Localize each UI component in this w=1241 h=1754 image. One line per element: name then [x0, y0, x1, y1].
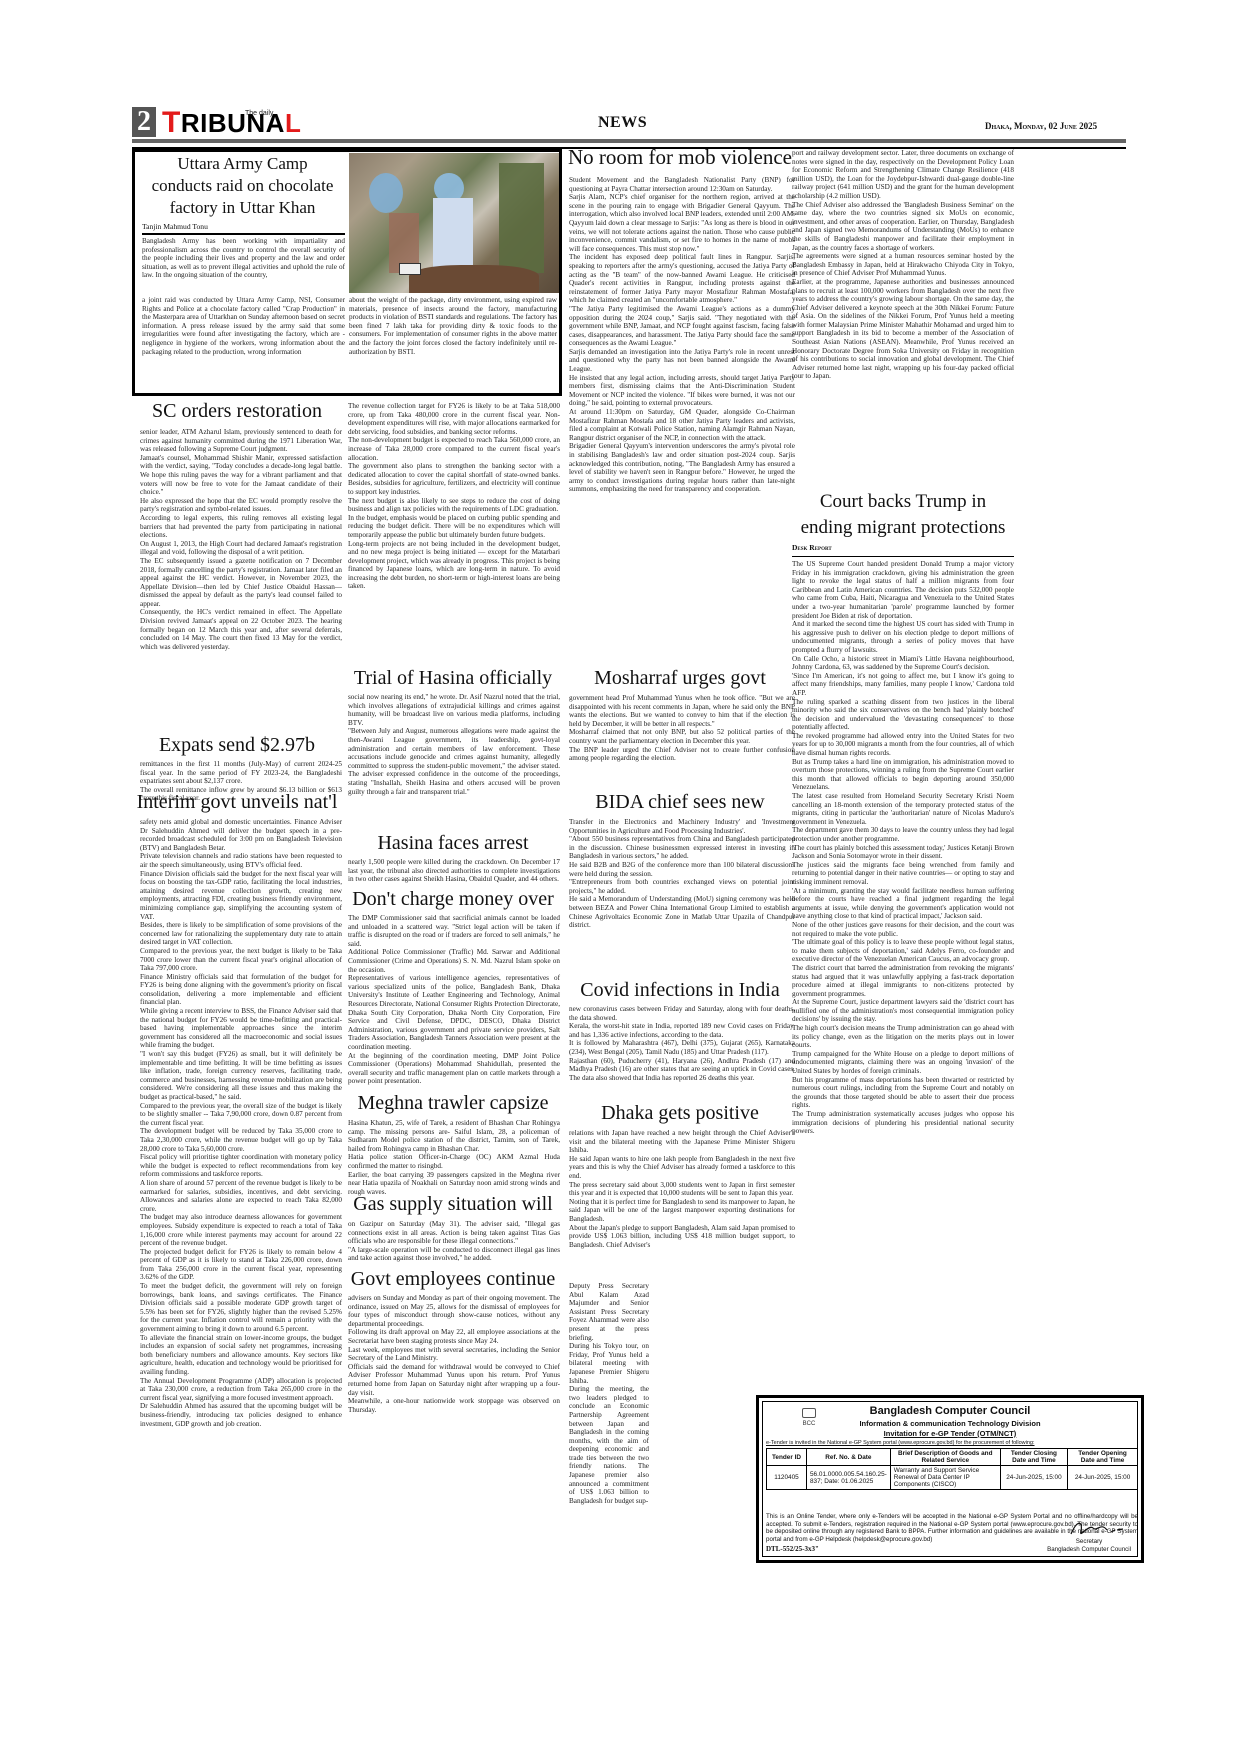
col-opening: Tender Opening Date and Time: [1068, 1449, 1138, 1466]
lead-body-1: Bangladesh Army has been working with im…: [142, 237, 345, 280]
signature-icon: [1067, 1518, 1127, 1540]
col-ref: Ref. No. & Date: [807, 1449, 891, 1466]
lead-body-3: about the weight of the package, dirty e…: [349, 296, 557, 356]
tender-table: Tender ID Ref. No. & Date Brief Descript…: [766, 1448, 1138, 1490]
byline: Tanjin Mahmud Tonu: [142, 222, 208, 231]
col-description: Brief Description of Goods and Related S…: [890, 1449, 1000, 1466]
headline-bida: BIDA chief sees new: [565, 790, 795, 814]
advert-invitation: Invitation for e-GP Tender (OTM/NCT): [763, 1429, 1137, 1438]
col-tender-id: Tender ID: [767, 1449, 807, 1466]
header-rule-grey: [132, 139, 1126, 143]
advert-title: Bangladesh Computer Council: [763, 1405, 1137, 1417]
headline-expats: Expats send $2.97b: [132, 733, 342, 757]
masthead-logo: 2 The daily TRIBUNAL: [132, 107, 301, 137]
headline-covid-india: Covid infections in India: [565, 978, 795, 1002]
article-sc-orders: senior leader, ATM Azharul Islam, previo…: [140, 428, 342, 651]
article-court-trump: The US Supreme Court handed president Do…: [792, 560, 1014, 1136]
advert-subtitle: Information & communication Technology D…: [763, 1419, 1137, 1428]
article-yunus-japan: port and railway development sector. Lat…: [792, 149, 1014, 381]
article-meghna: Hasina Khatun, 25, wife of Tarek, a resi…: [348, 1119, 560, 1196]
byline-rule: [142, 233, 345, 235]
advert-signer: Secretary Bangladesh Computer Council: [1047, 1538, 1131, 1553]
article-mosharraf: government head Prof Muhammad Yunus when…: [569, 694, 795, 763]
article-trial-hasina: social now nearing its end," he wrote. D…: [348, 693, 560, 796]
bcc-tender-advert: BCC Bangladesh Computer Council Informat…: [756, 1395, 1144, 1563]
article-budget-cont: The revenue collection target for FY26 i…: [348, 402, 560, 591]
page-number: 2: [132, 107, 156, 137]
headline-meghna: Meghna trawler capsize: [345, 1091, 561, 1115]
headline-gas: Gas supply situation will: [345, 1192, 561, 1216]
brand-wordmark: The daily TRIBUNAL: [162, 109, 301, 137]
headline-dhaka-gets: Dhaka gets positive: [565, 1101, 795, 1125]
article-gas: on Gazipur on Saturday (May 31). The adv…: [348, 1220, 560, 1263]
lead-headline: Uttara Army Camp conducts raid on chocol…: [140, 153, 345, 219]
headline-sc-orders: SC orders restoration: [132, 399, 342, 423]
table-row: 1120405 56.01.0000.005.54.160.25-837; Da…: [767, 1466, 1138, 1490]
desk-rule: [792, 556, 1014, 557]
section-title: NEWS: [598, 114, 647, 132]
dateline: Dhaka, Monday, 02 June 2025: [985, 121, 1097, 131]
headline-govt-employees: Govt employees continue: [345, 1267, 561, 1291]
brand-tagline: The daily: [245, 100, 273, 128]
desk-report-label: Desk Report: [792, 543, 832, 552]
headline-hasina-arrest: Hasina faces arrest: [345, 831, 561, 855]
headline-dont-charge: Don't charge money over: [345, 887, 561, 911]
article-interim-budget: safety nets amid global and domestic unc…: [140, 818, 342, 1428]
advert-intro: e-Tender is invited in the National e-GP…: [766, 1440, 1035, 1446]
headline-court-trump: Court backs Trump in ending migrant prot…: [790, 489, 1016, 541]
soldiers-inspecting-chocolate-factory-photo: [349, 153, 559, 293]
headline-mosharraf: Mosharraf urges govt: [565, 666, 795, 690]
article-covid-india: new coronavirus cases between Friday and…: [569, 1005, 795, 1082]
article-govt-employees: advisers on Sunday and Monday as part of…: [348, 1294, 560, 1414]
col-closing: Tender Closing Date and Time: [1000, 1449, 1067, 1466]
article-mob-violence: Student Movement and the Bangladesh Nati…: [569, 176, 795, 494]
headline-mob-violence: No room for mob violence: [565, 145, 795, 170]
article-dhaka-gets-wide: relations with Japan have reached a new …: [569, 1129, 795, 1249]
article-dont-charge: The DMP Commissioner said that sacrifici…: [348, 914, 560, 1086]
headline-interim-budget: Interim govt unveils nat'l: [132, 790, 342, 814]
article-dhaka-gets-narrow: Deputy Press Secretary Abul Kalam Azad M…: [569, 1282, 649, 1505]
article-hasina-arrest: nearly 1,500 people were killed during t…: [348, 858, 560, 884]
advert-code: DTL-552/25-3x3": [766, 1545, 819, 1553]
headline-trial-hasina: Trial of Hasina officially: [345, 666, 561, 690]
lead-body-2: a joint raid was conducted by Uttara Arm…: [142, 296, 345, 356]
article-bida: Transfer in the Electronics and Machiner…: [569, 818, 795, 930]
